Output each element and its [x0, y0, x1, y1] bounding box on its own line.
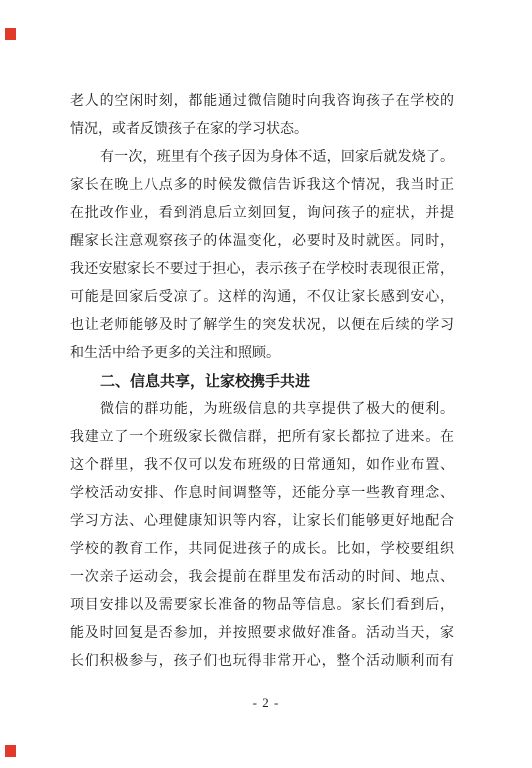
text-line: 和生活中给予更多的关注和照顾。 [70, 340, 454, 368]
page-number: - 2 - [0, 691, 532, 715]
text-line: 可能是回家后受凉了。这样的沟通，不仅让家长感到安心， [70, 284, 454, 312]
document-page: 老人的空闲时刻，都能通过微信随时向我咨询孩子在学校的 情况，或者反馈孩子在家的学… [0, 0, 532, 768]
text-line: 在批改作业，看到消息后立刻回复，询问孩子的症状，并提 [70, 200, 454, 228]
red-margin-mark-top [5, 28, 16, 40]
body-text: 老人的空闲时刻，都能通过微信随时向我咨询孩子在学校的 情况，或者反馈孩子在家的学… [70, 88, 454, 676]
text-line: 微信的群功能，为班级信息的共享提供了极大的便利。 [70, 396, 454, 424]
text-line: 情况，或者反馈孩子在家的学习状态。 [70, 116, 454, 144]
section-heading: 二、信息共享，让家校携手共进 [70, 368, 454, 396]
text-line: 这个群里，我不仅可以发布班级的日常通知，如作业布置、 [70, 452, 454, 480]
text-line: 家长在晚上八点多的时候发微信告诉我这个情况，我当时正 [70, 172, 454, 200]
text-line: 老人的空闲时刻，都能通过微信随时向我咨询孩子在学校的 [70, 88, 454, 116]
text-line: 我建立了一个班级家长微信群，把所有家长都拉了进来。在 [70, 424, 454, 452]
text-line: 学校活动安排、作息时间调整等，还能分享一些教育理念、 [70, 480, 454, 508]
text-line: 有一次，班里有个孩子因为身体不适，回家后就发烧了。 [70, 144, 454, 172]
text-line: 长们积极参与，孩子们也玩得非常开心，整个活动顺利而有 [70, 648, 454, 676]
text-line: 醒家长注意观察孩子的体温变化，必要时及时就医。同时， [70, 228, 454, 256]
red-margin-mark-bottom [5, 745, 16, 757]
text-line: 项目安排以及需要家长准备的物品等信息。家长们看到后， [70, 592, 454, 620]
text-line: 也让老师能够及时了解学生的突发状况，以便在后续的学习 [70, 312, 454, 340]
text-line: 学习方法、心理健康知识等内容，让家长们能够更好地配合 [70, 508, 454, 536]
text-line: 一次亲子运动会，我会提前在群里发布活动的时间、地点、 [70, 564, 454, 592]
text-line: 学校的教育工作，共同促进孩子的成长。比如，学校要组织 [70, 536, 454, 564]
text-line: 我还安慰家长不要过于担心，表示孩子在学校时表现很正常， [70, 256, 454, 284]
text-line: 能及时回复是否参加，并按照要求做好准备。活动当天，家 [70, 620, 454, 648]
